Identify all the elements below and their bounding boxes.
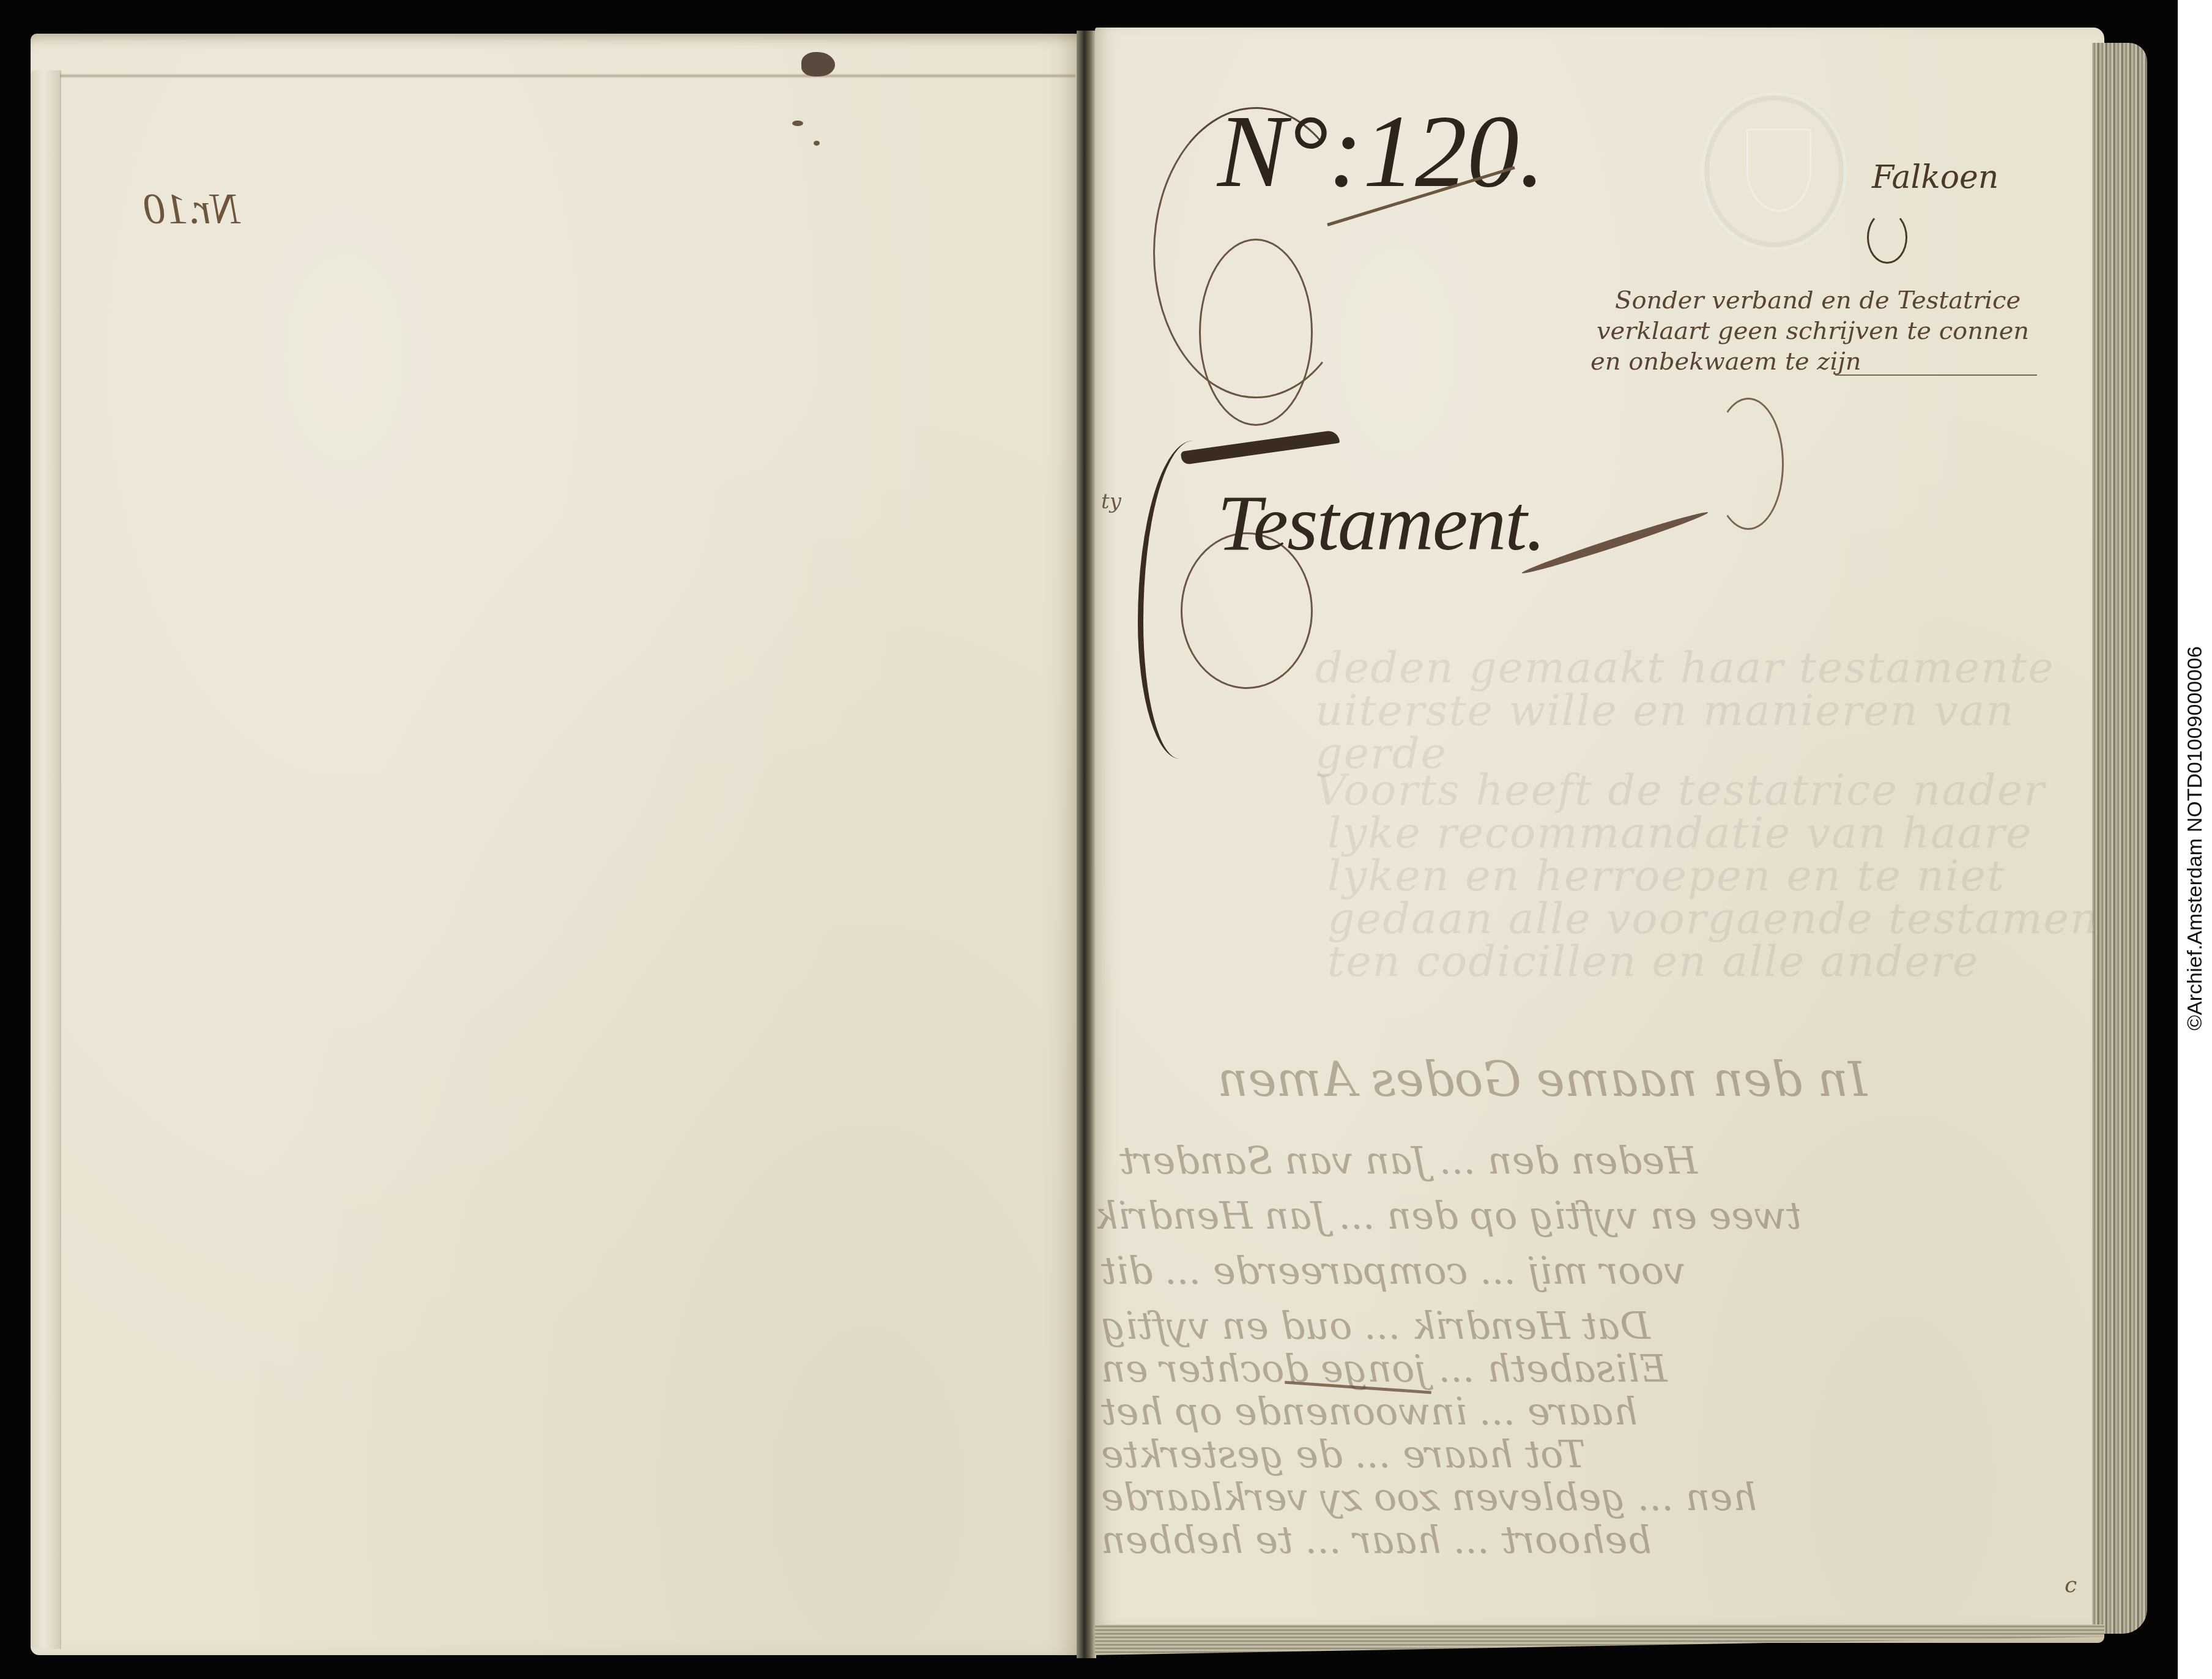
margin-note-line: en onbekwaem te zijn [1590,348,1861,376]
ink-blot [801,52,835,76]
ink-spot [792,121,803,126]
bleedthrough-line: Elisabeth ... jonge dochter en [1101,1346,1667,1391]
name-note-flourish [1867,211,1907,264]
bleedthrough-line: hen ... gebleven zoo zy verklaarde [1101,1475,1757,1519]
left-page [31,34,1078,1655]
bleedthrough-line: voor mij ... compareerde ... dit [1101,1248,1685,1293]
archive-watermark: ©Archief.Amsterdam NOTD01009000006 [2183,646,2207,1030]
bleedthrough-line: haare ... inwoonende op het [1101,1389,1638,1434]
left-page-crease [60,73,1075,78]
seal-shield-icon [1746,128,1811,212]
heading-tail-flourish [1713,398,1784,530]
bleedthrough-line: twee en vyftig op den ... Jan Hendrik [1095,1193,1802,1238]
bleedthrough-line: behoort ... haar ... te hebben [1101,1517,1652,1562]
bleedthrough-line: Heden den ... Jan van Sandert [1119,1138,1698,1183]
book-gutter [1077,31,1096,1658]
document-heading: Testament. [1217,477,1545,569]
margin-note-line: verklaart geen schrijven te connen [1597,317,2029,345]
ink-spot [814,141,820,146]
record-number: N°:120. [1217,92,1545,211]
name-note: Falkoen [1872,159,1999,196]
margin-note-line: Sonder verband en de Testatrice [1615,286,2021,315]
showthrough-line: ten codicillen en alle andere [1327,936,1979,986]
page-corner-letter: c [2065,1573,2077,1598]
margin-note-rule [1835,374,2037,376]
heading-prefix-mark: ty [1101,490,1121,514]
record-number-flourish-loop [1199,239,1313,426]
page-stack-edge [2092,43,2147,1634]
left-page-mirrored-annotation: Nr.10 [144,184,240,234]
bleedthrough-line: Dat Hendrik ... oud en vyftig [1101,1303,1650,1348]
bleedthrough-line: Tot haare ... de gesterkte [1101,1432,1586,1476]
left-page-fold [31,70,61,1649]
bleedthrough-line: In den naame Godes Amen [1217,1052,1867,1108]
